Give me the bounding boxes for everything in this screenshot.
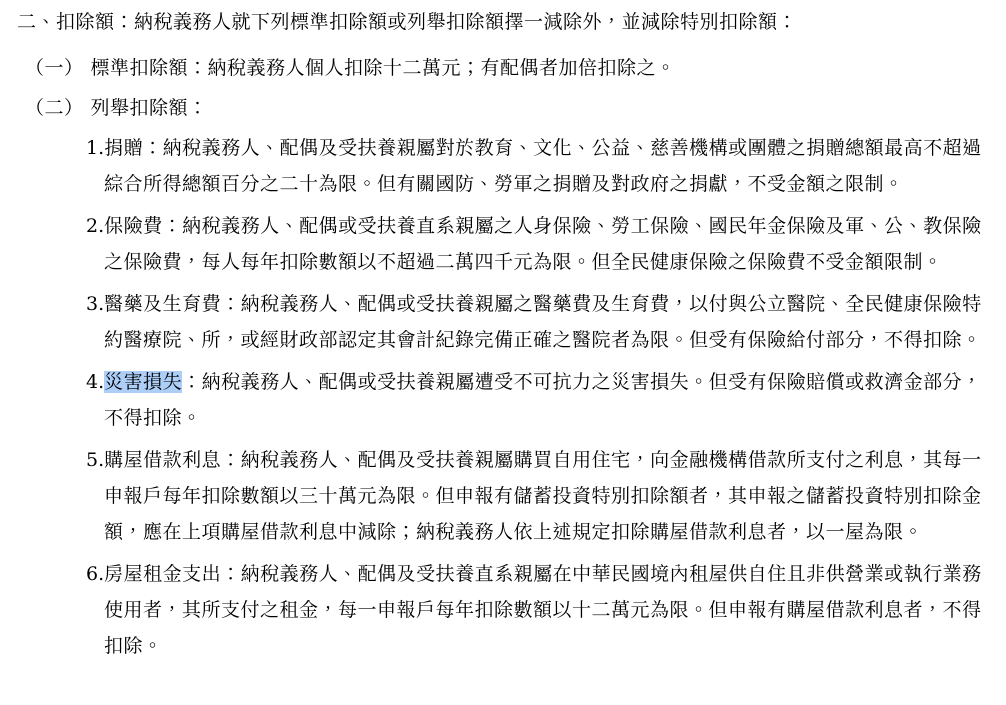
subsection-text: 列舉扣除額： [91,97,208,119]
list-item-mortgage-interest: 5.購屋借款利息：納稅義務人、配偶及受扶養親屬購買自用住宅，向金融機構借款所支付… [0,442,988,550]
item-text: ：納稅義務人、配偶及受扶養親屬對於教育、文化、公益、慈善機構或團體之捐贈總額最高… [104,137,982,195]
item-number: 5. [86,449,104,471]
item-term: 捐贈 [104,137,143,159]
subsection-label: （一） [25,57,84,79]
item-number: 1. [86,137,104,159]
list-item-donation: 1.捐贈：納稅義務人、配偶及受扶養親屬對於教育、文化、公益、慈善機構或團體之捐贈… [0,130,988,202]
item-term: 房屋租金支出 [104,563,221,585]
list-item-rent-expense: 6.房屋租金支出：納稅義務人、配偶及受扶養直系親屬在中華民國境內租屋供自住且非供… [0,556,988,664]
item-term: 保險費 [104,215,163,237]
item-text: ：納稅義務人、配偶或受扶養親屬遭受不可抗力之災害損失。但受有保險賠償或救濟金部分… [104,371,982,429]
item-text: ：納稅義務人、配偶及受扶養親屬購買自用住宅，向金融機構借款所支付之利息，其每一申… [104,449,982,543]
item-term: 購屋借款利息 [104,449,221,471]
item-number: 4. [86,371,104,393]
item-number: 2. [86,215,104,237]
subsection-standard-deduction: （一）標準扣除額：納稅義務人個人扣除十二萬元；有配偶者加倍扣除之。 [25,50,988,86]
section-heading-deductions: 二、扣除額：納稅義務人就下列標準扣除額或列舉扣除額擇一減除外，並減除特別扣除額： [17,4,988,40]
selection-highlight: 災害損失 [104,371,182,393]
item-text: ：納稅義務人、配偶及受扶養直系親屬在中華民國境內租屋供自住且非供營業或執行業務使… [104,563,982,657]
subsection-itemized-deduction: （二）列舉扣除額： [25,90,988,126]
item-number: 3. [86,293,104,315]
subsection-label: （二） [25,97,84,119]
list-item-medical-maternity: 3.醫藥及生育費：納稅義務人、配偶或受扶養親屬之醫藥費及生育費，以付與公立醫院、… [0,286,988,358]
item-text: ：納稅義務人、配偶或受扶養親屬之醫藥費及生育費，以付與公立醫院、全民健康保險特約… [104,293,982,351]
tax-deduction-document: 二、扣除額：納稅義務人就下列標準扣除額或列舉扣除額擇一減除外，並減除特別扣除額：… [0,0,1006,664]
list-item-insurance-premium: 2.保險費：納稅義務人、配偶或受扶養直系親屬之人身保險、勞工保險、國民年金保險及… [0,208,988,280]
subsection-text: 標準扣除額：納稅義務人個人扣除十二萬元；有配偶者加倍扣除之。 [91,57,676,79]
item-number: 6. [86,563,104,585]
item-term: 醫藥及生育費 [104,293,221,315]
item-text: ：納稅義務人、配偶或受扶養直系親屬之人身保險、勞工保險、國民年金保險及軍、公、教… [104,215,982,273]
list-item-disaster-loss: 4.災害損失：納稅義務人、配偶或受扶養親屬遭受不可抗力之災害損失。但受有保險賠償… [0,364,988,436]
